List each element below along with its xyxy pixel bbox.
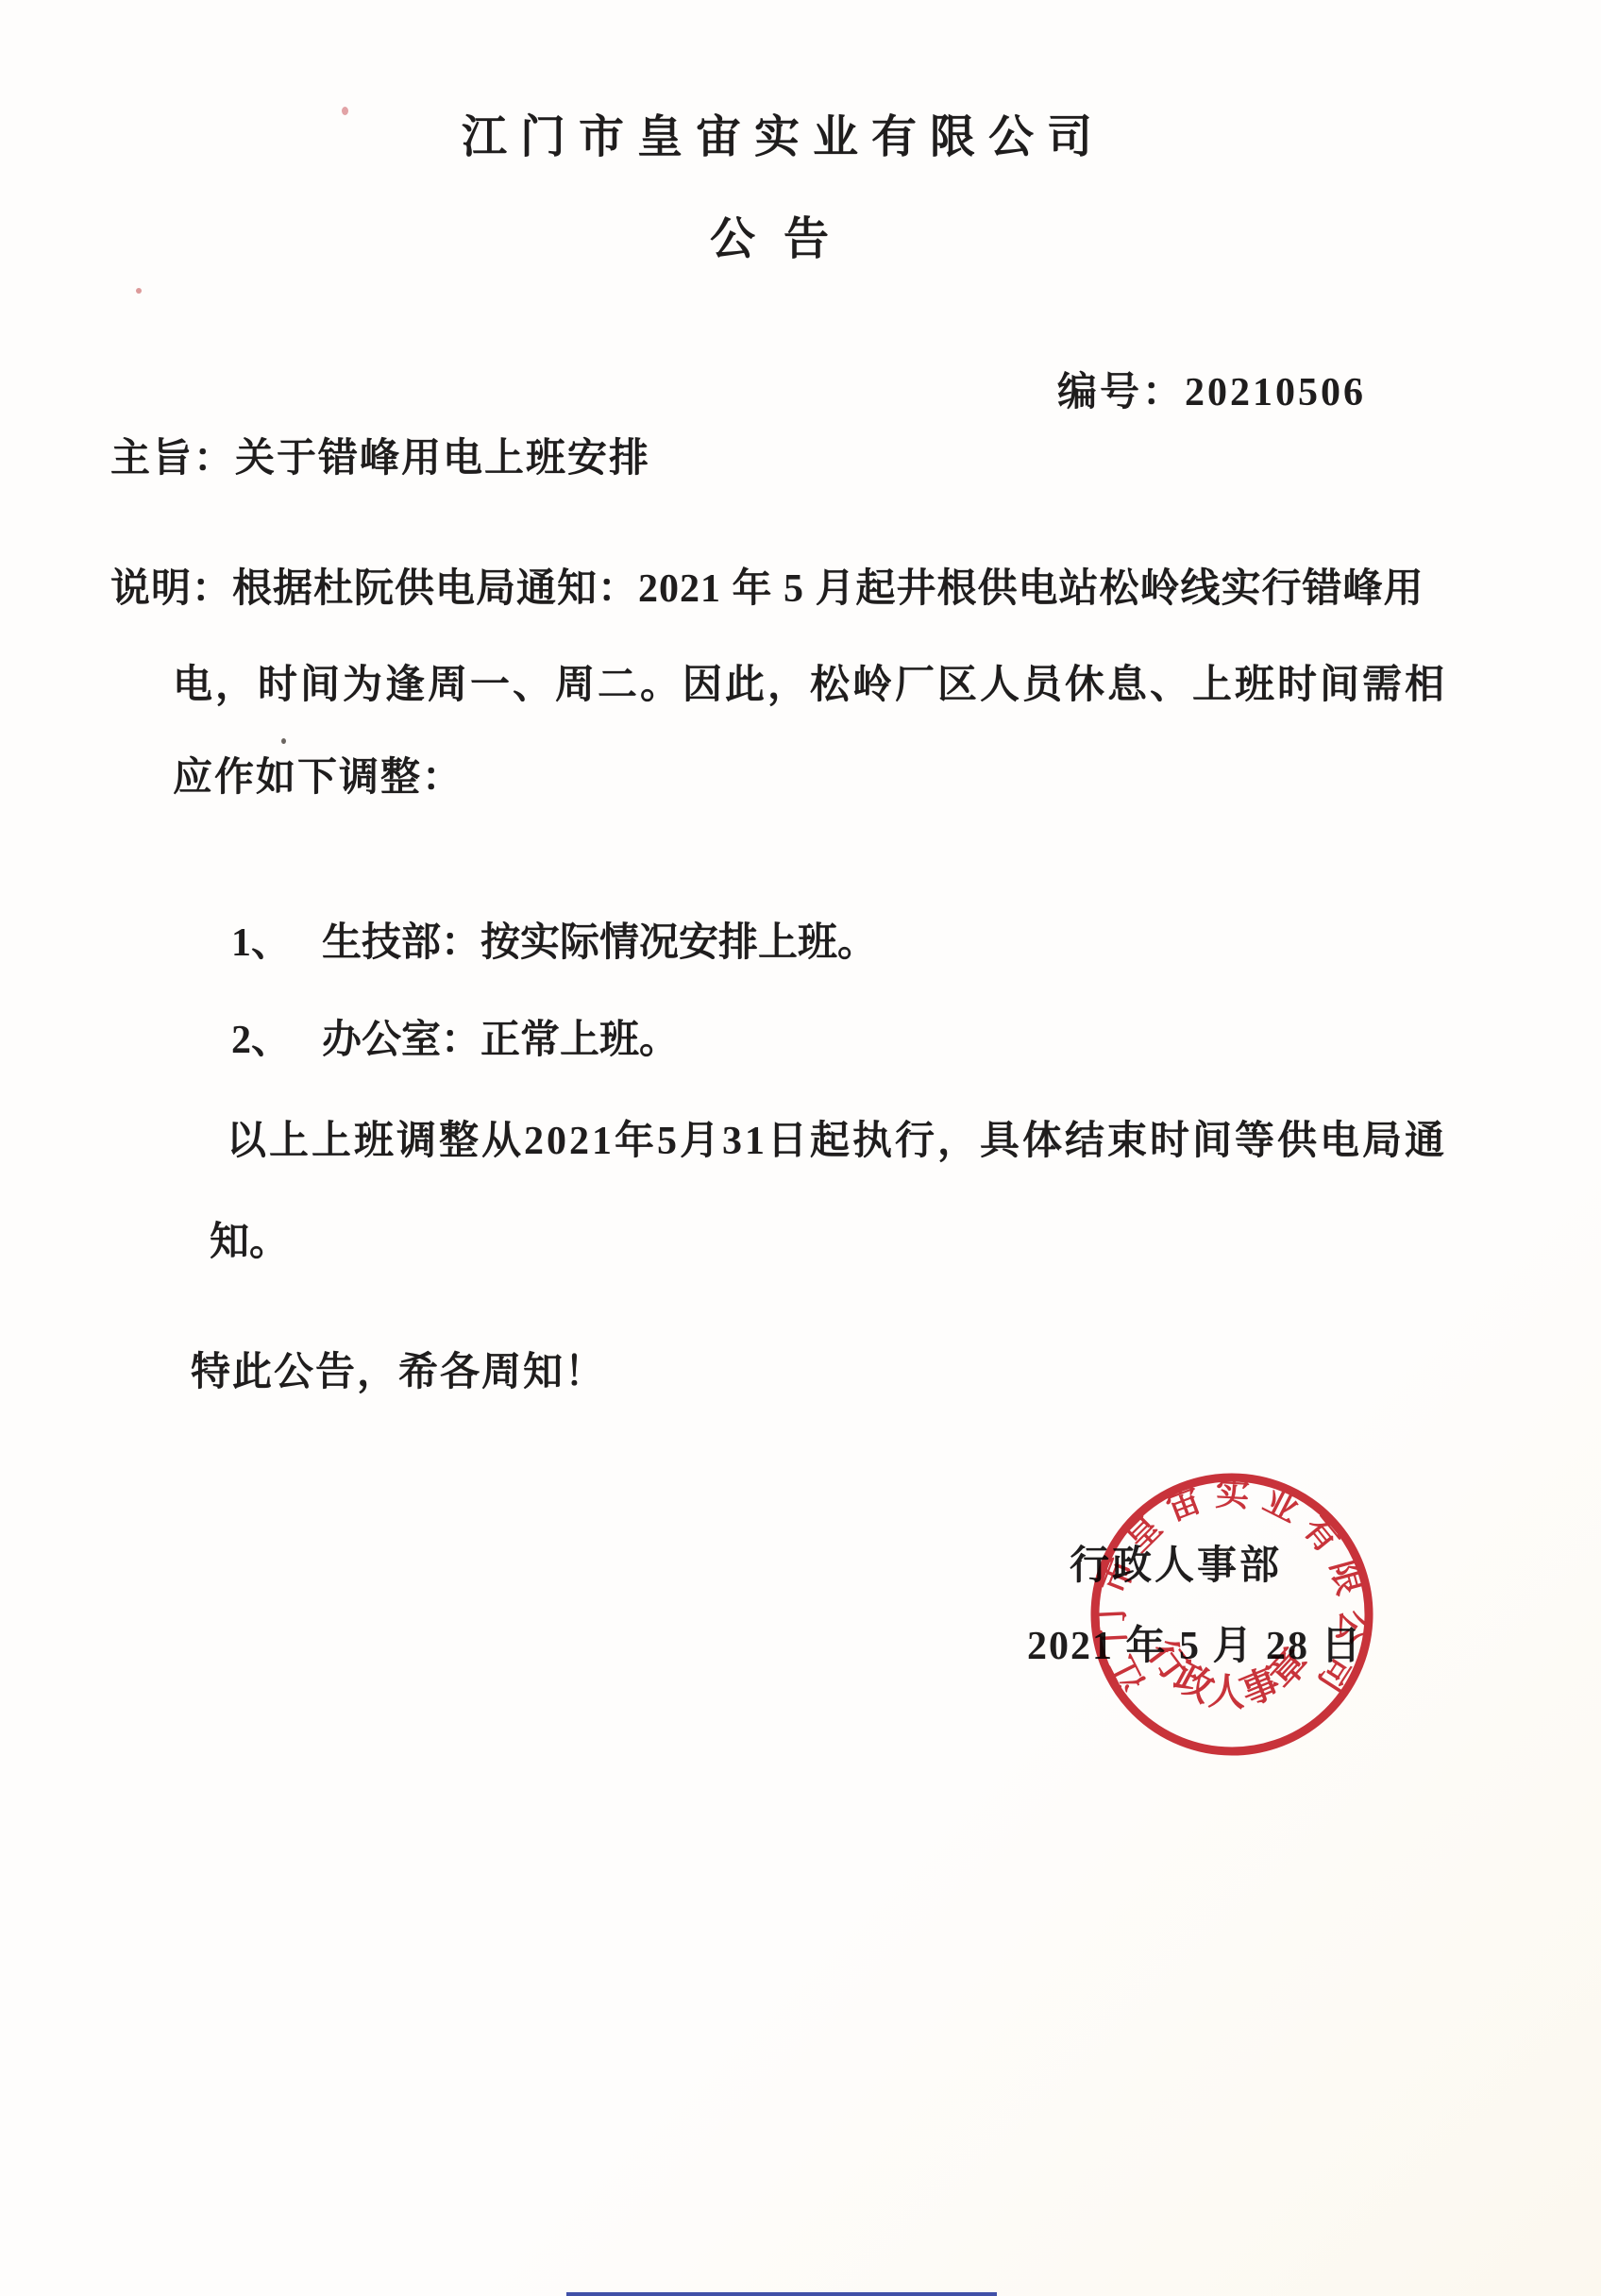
subject-line: 主旨：关于错峰用电上班安排 [110, 436, 650, 481]
company-seal-stamp: 江门市皇宙实业有限公司 行政人事章 [1081, 1463, 1382, 1764]
announcement-title: 公告 [0, 213, 1567, 265]
description-line-3: 应作如下调整： [173, 755, 463, 801]
list-item: 1、生技部：按实际情况安排上班。 [231, 920, 877, 966]
scan-speck [281, 738, 286, 744]
scan-speck [136, 288, 142, 294]
company-title: 江门市皇宙实业有限公司 [0, 111, 1567, 163]
svg-text:行政人事章: 行政人事章 [1138, 1630, 1320, 1717]
description-line-2: 电，时间为逢周一、周二。因此，松岭厂区人员休息、上班时间需相 [173, 663, 1447, 708]
doc-number: 编号：20210506 [1057, 370, 1366, 415]
execution-line-1: 以上上班调整从2021年5月31日起执行，具体结束时间等供电局通 [227, 1119, 1447, 1164]
stamp-bottom-text: 行政人事章 [1138, 1630, 1320, 1717]
description-line-1: 说明：根据杜阮供电局通知：2021 年 5 月起井根供电站松岭线实行错峰用 [110, 566, 1424, 612]
execution-line-2: 知。 [210, 1220, 289, 1265]
list-item-number: 2、 [231, 1018, 322, 1063]
scanned-announcement-page: 江门市皇宙实业有限公司 公告 编号：20210506 主旨：关于错峰用电上班安排… [0, 0, 1601, 2296]
closing-line: 特此公告，希各周知！ [191, 1350, 606, 1395]
list-item: 2、办公室：正常上班。 [231, 1018, 679, 1063]
list-item-text: 办公室：正常上班。 [322, 1019, 679, 1062]
list-item-text: 生技部：按实际情况安排上班。 [322, 921, 877, 965]
scan-edge-artifact [566, 2292, 997, 2296]
list-item-number: 1、 [231, 920, 322, 966]
stamp-ring [1088, 1471, 1376, 1759]
scan-speck [342, 107, 348, 115]
